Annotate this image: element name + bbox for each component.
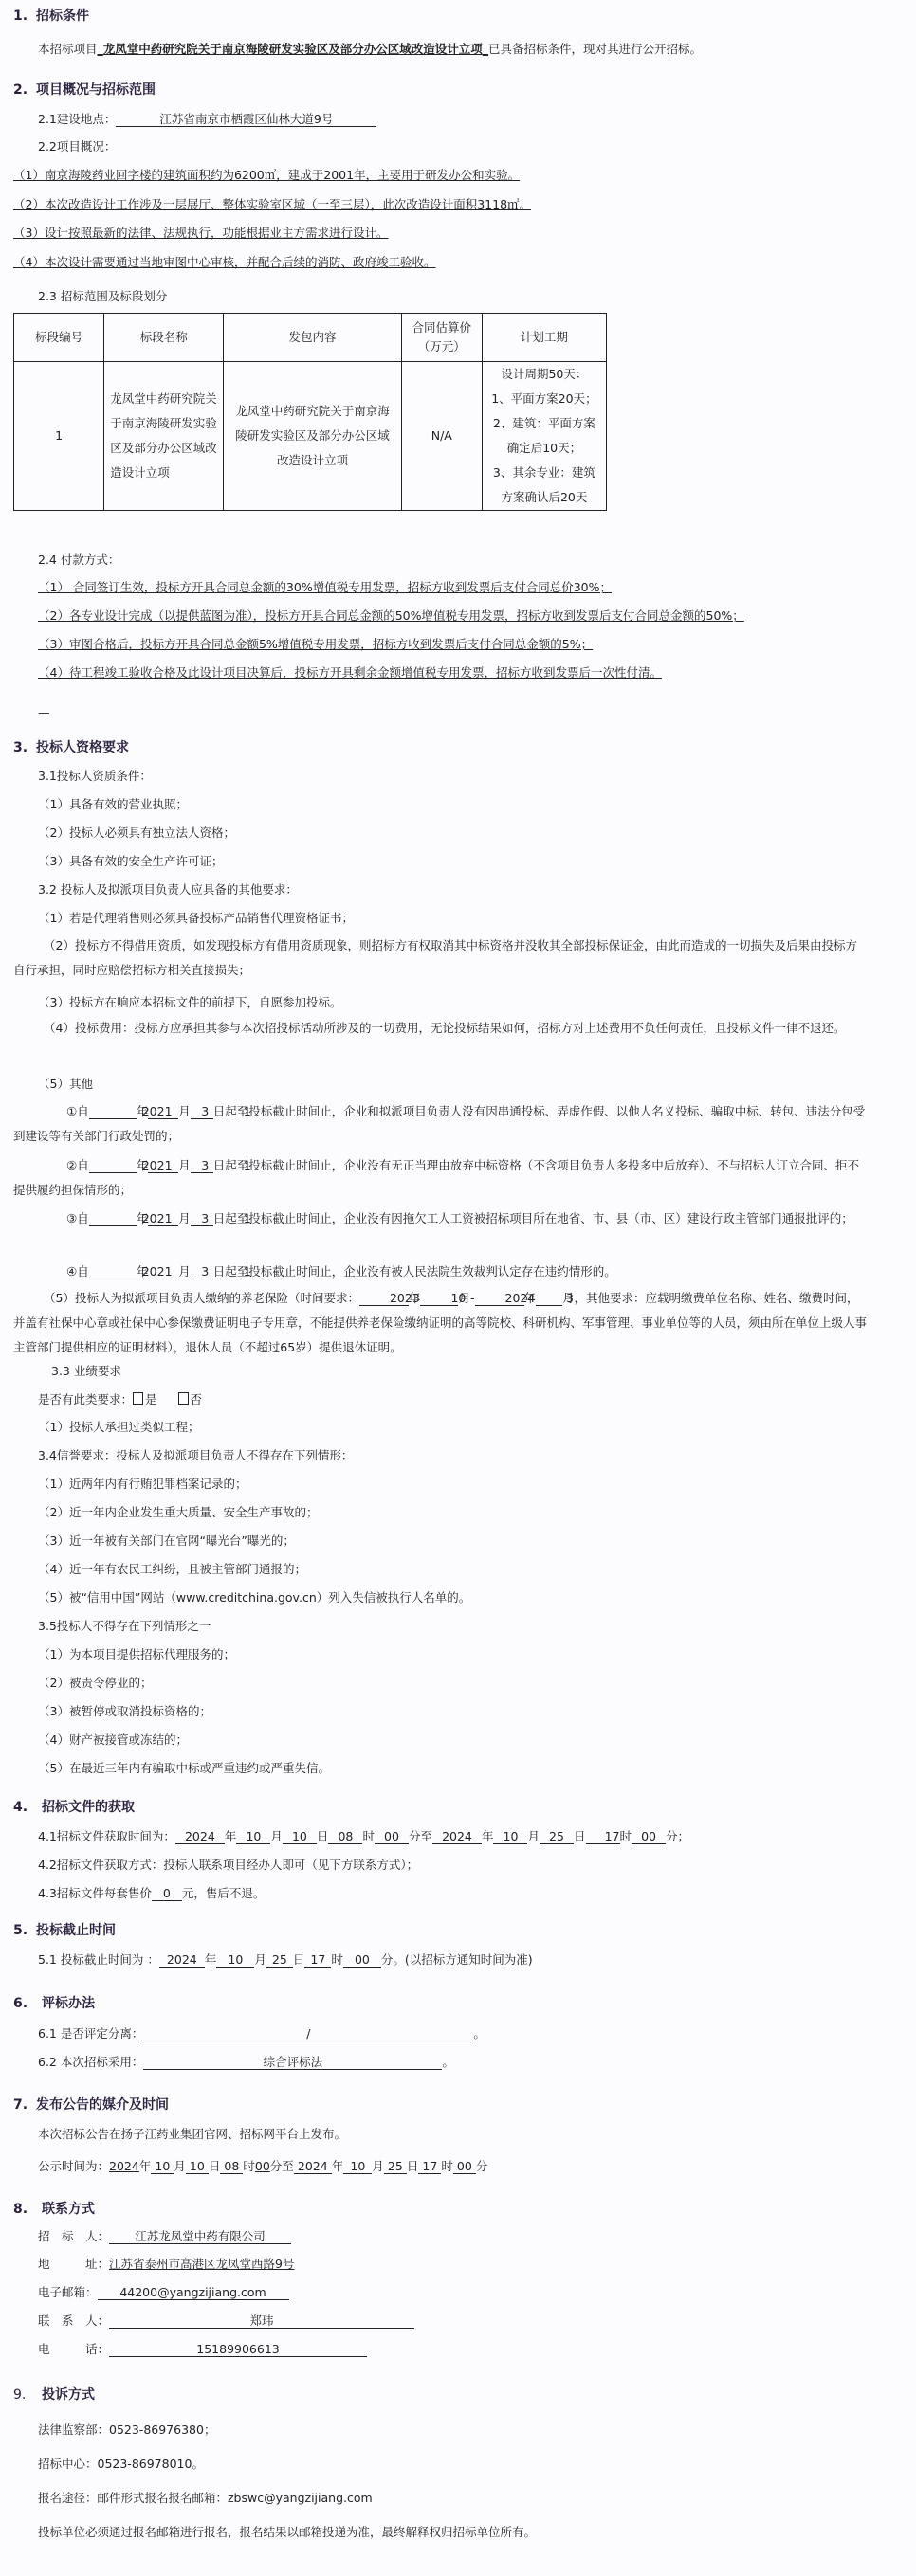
overview-item: （2）本次改造设计工作涉及一层展厅、整体实验室区域（一至三层），此次改造设计面积… — [13, 197, 531, 212]
address-value: 江苏省泰州市高港区龙凤堂西路9号 — [109, 2257, 294, 2271]
evaluation-separation: 6.1 是否评定分离：/。 — [38, 2026, 485, 2041]
schedule-line: 3、其余专业：建筑方案确认后20天 — [488, 461, 600, 510]
pension-prefix: （5）投标人为拟派项目负责人缴纳的养老保险（时间要求： — [44, 1291, 359, 1305]
unit: 时 — [620, 1829, 632, 1843]
cell-schedule: 设计周期50天： 1、平面方案20天； 2、建筑：平面方案确定后10天； 3、其… — [482, 362, 606, 511]
header-price-line1: 合同估算价 — [412, 320, 472, 335]
p-from-hour: 08 — [220, 2160, 243, 2174]
date-year: 2021 — [89, 1105, 137, 1119]
unit: 年 — [482, 1829, 494, 1843]
section-title: 项目概况与招标范围 — [36, 82, 156, 98]
tenderer-value: 江苏龙凤堂中药有限公司 — [109, 2230, 291, 2244]
credit-item: （5）被“信用中国”网站（www.creditchina.gov.cn）列入失信… — [38, 1590, 470, 1605]
section-number: 7. — [13, 2097, 36, 2113]
date-month: 3 — [148, 1265, 178, 1279]
overview-label: 2.2项目概况： — [38, 139, 116, 154]
unit: 月 — [270, 1829, 283, 1843]
section-8-heading: 8.联系方式 — [13, 2199, 95, 2218]
from-day: 10 — [283, 1830, 317, 1844]
separation-label: 6.1 是否评定分离： — [38, 2026, 143, 2041]
contact-label: 联 系 人： — [38, 2313, 109, 2328]
circ-mark: ④自 — [66, 1264, 89, 1279]
publication-media: 本次招标公告在扬子江药业集团官网、招标网平台上发布。 — [38, 2127, 346, 2142]
p-to-day: 25 — [384, 2160, 407, 2174]
schedule-line: 设计周期50天： — [488, 362, 600, 387]
perf-no-label: 否 — [191, 1392, 203, 1406]
date-year: 2021 — [89, 1159, 137, 1173]
unit: 日 — [317, 1829, 329, 1843]
unit: 日 — [574, 1829, 586, 1843]
price-suffix: 元，售后不退。 — [182, 1886, 266, 1900]
p-to-hour: 17 — [418, 2160, 441, 2174]
header-schedule: 计划工期 — [482, 314, 606, 362]
phone-value: 15189906613 — [109, 2343, 367, 2357]
unit: 时 — [441, 2159, 453, 2173]
tender-center-phone: 招标中心：0523-86978010。 — [38, 2457, 204, 2472]
section-7-heading: 7.发布公告的媒介及时间 — [13, 2095, 169, 2113]
credit-label: 3.4信誉要求：投标人及拟派项目负责人不得存在下列情形： — [38, 1448, 353, 1463]
year-word: 年 — [137, 1211, 149, 1225]
year-word: 年 — [409, 1291, 421, 1305]
p-from-year: 2024 — [109, 2159, 139, 2173]
section-number: 1. — [13, 9, 36, 24]
unit: 月 — [527, 1829, 540, 1843]
email-value: 44200@yangzijiang.com — [98, 2286, 289, 2300]
period: 。 — [473, 2026, 485, 2041]
pension-year-from: 2023 — [359, 1292, 409, 1306]
doc-acquisition-time: 4.1招标文件获取时间为：2024年10月10日08时00分至2024年10月2… — [38, 1829, 689, 1844]
p-from-min: 00 — [255, 2159, 270, 2173]
address-line: 地 址：江苏省泰州市高港区龙凤堂西路9号 — [38, 2257, 294, 2272]
date-month: 3 — [148, 1159, 178, 1173]
section-number: 8. — [13, 2202, 42, 2217]
schedule-line: 1、平面方案20天； — [488, 387, 600, 411]
section-9-heading: 9.投诉方式 — [13, 2385, 95, 2404]
section-title: 招标文件的获取 — [42, 1800, 135, 1815]
checkbox-no[interactable] — [178, 1392, 189, 1405]
year-word: 年 — [137, 1104, 149, 1118]
exclusion-label: 3.5投标人不得存在下列情形之一 — [38, 1619, 211, 1634]
unit: 月 — [174, 2159, 186, 2173]
unit: 分至 — [270, 2159, 294, 2173]
section-title: 投标人资格要求 — [36, 740, 129, 755]
other-requirement: （2）投标方不得借用资质，如发现投标方有借用资质现象，则招标方有权取消其中标资格… — [13, 934, 867, 983]
deadline-month: 10 — [216, 1953, 254, 1968]
other-requirement: （3）投标方在响应本招标文件的前提下，自愿参加投标。 — [38, 995, 341, 1010]
payment-item: （2）各专业设计完成（以提供蓝图为准），投标方开具合同总金额的50%增值税专用发… — [38, 608, 744, 624]
project-name: _龙凤堂中药研究院关于南京海陵研发实验区及部分办公区域改造设计立项_ — [98, 42, 489, 56]
qualification-item: （3）具备有效的安全生产许可证； — [38, 854, 223, 869]
performance-item: （1）投标人承担过类似工程； — [38, 1420, 199, 1435]
perf-yes-label: 是 — [145, 1392, 157, 1406]
price-prefix: 4.3招标文件每套售价 — [38, 1886, 152, 1900]
time-label: 4.1招标文件获取时间为： — [38, 1829, 175, 1843]
date-day: 1 — [191, 1159, 213, 1173]
unit: 年 — [205, 1952, 217, 1967]
from-year: 2024 — [175, 1830, 225, 1844]
unit: 年 — [332, 2159, 344, 2173]
unit: 分； — [666, 1829, 689, 1843]
deadline-suffix: 分。(以招标方通知时间为准) — [381, 1952, 533, 1967]
exclusion-item: （5）在最近三年内有骗取中标或严重违约或严重失信。 — [38, 1761, 330, 1776]
section-5-heading: 5.投标截止时间 — [13, 1920, 116, 1939]
month-word: 月 — [178, 1158, 191, 1172]
month-word: 月 — [562, 1291, 575, 1305]
circumstance-1: ①自2021年3月1日起至投标截止时间止，企业和拟派项目负责人没有因串通投标、弄… — [13, 1099, 867, 1149]
other-requirement: （1）若是代理销售则必须具备投标产品销售代理资格证书； — [38, 911, 354, 926]
deadline-hour: 17 — [304, 1953, 331, 1968]
overview-item: （3）设计按照最新的法律、法规执行，功能根据业主方需求进行设计。 — [13, 226, 388, 241]
circ-text: 日起至投标截止时间止，企业没有因拖欠工人工资被招标项目所在地省、市、县（市、区）… — [213, 1211, 853, 1225]
exclusion-item: （4）财产被接管或冻结的； — [38, 1732, 188, 1748]
unit: 时 — [331, 1952, 343, 1967]
pension-requirement: （5）投标人为拟派项目负责人缴纳的养老保险（时间要求：2023年10月-2024… — [13, 1286, 867, 1360]
pension-month-to: 3 — [536, 1292, 562, 1306]
cell-lot-name: 龙凤堂中药研究院关于南京海陵研发实验区及部分办公区域改造设计立项 — [104, 362, 224, 511]
site-line: 2.1建设地点：江苏省南京市栖霞区仙林大道9号 — [38, 112, 376, 127]
credit-item: （1）近两年内有行贿犯罪档案记录的； — [38, 1477, 247, 1492]
to-min: 00 — [632, 1830, 666, 1844]
section-title: 招标条件 — [36, 9, 89, 24]
overview-item: （1）南京海陵药业回字楼的建筑面积约为6200㎡，建成于2001年，主要用于研发… — [13, 168, 520, 183]
method-label: 6.2 本次招标采用： — [38, 2055, 143, 2069]
header-content: 发包内容 — [224, 314, 402, 362]
contact-value: 郑玮 — [109, 2314, 414, 2329]
performance-question: 是否有此类要求：是否 — [38, 1392, 202, 1407]
date-day: 1 — [191, 1265, 213, 1279]
p-to-year: 2024 — [294, 2160, 332, 2174]
tenderer-line: 招 标 人：江苏龙凤堂中药有限公司 — [38, 2229, 291, 2244]
overview-item: （4）本次设计需要通过当地审图中心审核，并配合后续的消防、政府竣工验收。 — [13, 255, 435, 270]
exclusion-item: （3）被暂停或取消投标资格的； — [38, 1704, 211, 1719]
checkbox-yes[interactable] — [133, 1392, 143, 1405]
unit: 日 — [293, 1952, 305, 1967]
month-word: 月 — [178, 1264, 191, 1279]
section-title: 投标截止时间 — [36, 1923, 116, 1938]
section-number: 3. — [13, 740, 36, 755]
circ-mark: ①自 — [66, 1104, 89, 1118]
qualification-item: （1）具备有效的营业执照； — [38, 797, 188, 812]
credit-item: （4）近一年有农民工纠纷，且被主管部门通报的； — [38, 1562, 306, 1577]
unit: 日 — [209, 2159, 221, 2173]
date-day: 1 — [191, 1105, 213, 1119]
to-hour: 17 — [586, 1830, 620, 1844]
other-requirement: （5）其他 — [38, 1077, 93, 1092]
payment-item: （3）审图合格后，投标方开具合同总金额5%增值税专用发票，招标方收到发票后支付合… — [38, 637, 593, 652]
signup-method: 报名途径：邮件形式报名报名邮箱：zbswc@yangzijiang.com — [38, 2491, 373, 2506]
section-number: 4. — [13, 1800, 42, 1815]
unit: 月 — [372, 2159, 384, 2173]
from-min: 00 — [375, 1830, 409, 1844]
date-month: 3 — [148, 1212, 178, 1226]
unit: 年 — [225, 1829, 237, 1843]
header-price: 合同估算价（万元） — [401, 314, 482, 362]
payment-item: （4）待工程竣工验收合格及此设计项目决算后，投标方开具剩余金额增值税专用发票，招… — [38, 665, 662, 680]
legal-dept-phone: 法律监察部：0523-86976380； — [38, 2422, 215, 2438]
deadline-label: 5.1 投标截止时间为 ： — [38, 1952, 159, 1967]
unit: 年 — [139, 2159, 152, 2173]
pension-month-from: 10 — [420, 1292, 458, 1306]
month-word: 月 — [458, 1291, 470, 1305]
performance-label: 3.3 业绩要求 — [51, 1364, 121, 1379]
date-day: 1 — [191, 1212, 213, 1226]
circ-text: 日起至投标截止时间止，企业没有被人民法院生效裁判认定存在违约情形的。 — [213, 1264, 616, 1279]
unit: 日 — [407, 2159, 419, 2173]
circ-mark: ②自 — [66, 1158, 89, 1172]
perf-question-text: 是否有此类要求： — [38, 1392, 133, 1406]
period-label: 公示时间为： — [38, 2159, 109, 2173]
section-title: 联系方式 — [42, 2202, 95, 2217]
year-word: 年 — [137, 1158, 149, 1172]
circumstance-3: ③自2021年3月1日起至投标截止时间止，企业没有因拖欠工人工资被招标项目所在地… — [13, 1206, 867, 1231]
unit: 月 — [254, 1952, 266, 1967]
section-title: 发布公告的媒介及时间 — [36, 2097, 169, 2113]
header-lot-name: 标段名称 — [104, 314, 224, 362]
section-1-heading: 1.招标条件 — [13, 6, 89, 25]
phone-line: 电 话：15189906613 — [38, 2342, 367, 2357]
signup-note: 投标单位必须通过报名邮箱进行报名，报名结果以邮箱投递为准，最终解释权归招标单位所… — [38, 2525, 536, 2540]
publication-period: 公示时间为：2024年10月10日08时00分至2024年10月25日17时00… — [38, 2159, 487, 2174]
to-year: 2024 — [432, 1830, 482, 1844]
p-from-day: 10 — [186, 2160, 209, 2174]
from-month: 10 — [236, 1830, 270, 1844]
section-title: 投诉方式 — [42, 2387, 95, 2403]
deadline-min: 00 — [343, 1953, 381, 1968]
doc-acquisition-method: 4.2招标文件获取方式：投标人联系项目经办人即可（见下方联系方式）； — [38, 1858, 418, 1873]
cell-content: 龙凤堂中药研究院关于南京海陵研发实验区及部分办公区域改造设计立项 — [224, 362, 402, 511]
cell-lot-no: 1 — [14, 362, 104, 511]
unit: 分至 — [409, 1829, 432, 1843]
section-number: 2. — [13, 82, 36, 98]
section-2-heading: 2.项目概况与招标范围 — [13, 80, 156, 99]
price-value: 0 — [152, 1887, 182, 1901]
table-row: 1 龙凤堂中药研究院关于南京海陵研发实验区及部分办公区域改造设计立项 龙凤堂中药… — [14, 362, 607, 511]
project-intro: 本招标项目_龙凤堂中药研究院关于南京海陵研发实验区及部分办公区域改造设计立项_已… — [38, 42, 702, 57]
schedule-line: 2、建筑：平面方案确定后10天； — [488, 411, 600, 461]
month-word: 月 — [178, 1104, 191, 1118]
intro-prefix: 本招标项目 — [38, 42, 98, 56]
separation-value: / — [143, 2027, 473, 2041]
period: 。 — [442, 2055, 454, 2069]
section-number: 5. — [13, 1923, 36, 1938]
deadline-day: 25 — [266, 1953, 293, 1968]
bid-deadline: 5.1 投标截止时间为 ：2024年10月25日17时00分。(以招标方通知时间… — [38, 1952, 533, 1968]
unit: 时 — [362, 1829, 375, 1843]
credit-item: （2）近一年内企业发生重大质量、安全生产事故的； — [38, 1505, 318, 1520]
date-year: 2021 — [89, 1265, 137, 1279]
deadline-year: 2024 — [159, 1953, 205, 1968]
cell-price: N/A — [401, 362, 482, 511]
unit: 时 — [243, 2159, 255, 2173]
site-label: 2.1建设地点： — [38, 112, 116, 126]
header-lot-no: 标段编号 — [14, 314, 104, 362]
section-number: 6. — [13, 1996, 42, 2011]
tenderer-label: 招 标 人： — [38, 2229, 109, 2243]
month-word: 月 — [178, 1211, 191, 1225]
section-3-heading: 3.投标人资格要求 — [13, 737, 129, 756]
lot-table: 标段编号 标段名称 发包内容 合同估算价（万元） 计划工期 1 龙凤堂中药研究院… — [13, 313, 607, 511]
qualification-label: 3.1投标人资质条件： — [38, 769, 152, 784]
table-header-row: 标段编号 标段名称 发包内容 合同估算价（万元） 计划工期 — [14, 314, 607, 362]
section-number: 9. — [13, 2387, 42, 2403]
scope-label: 2.3 招标范围及标段划分 — [38, 289, 167, 304]
p-from-month: 10 — [151, 2160, 174, 2174]
year-word: 年 — [137, 1264, 149, 1279]
circumstance-2: ②自2021年3月1日起至投标截止时间止，企业没有无正当理由放弃中标资格（不含项… — [13, 1153, 867, 1203]
intro-suffix: 已具备招标条件，现对其进行公开招标。 — [488, 42, 702, 56]
header-price-line2: （万元） — [418, 339, 466, 354]
address-label: 地 址： — [38, 2257, 109, 2271]
other-requirement: （4）投标费用：投标方应承担其参与本次招投标活动所涉及的一切费用，无论投标结果如… — [13, 1016, 867, 1041]
p-to-month: 10 — [343, 2160, 372, 2174]
contact-line: 联 系 人：郑玮 — [38, 2313, 414, 2329]
phone-label: 电 话： — [38, 2342, 109, 2356]
exclusion-item: （2）被责令停业的； — [38, 1676, 152, 1691]
evaluation-method: 6.2 本次招标采用：综合评标法。 — [38, 2055, 454, 2070]
section-title: 评标办法 — [42, 1996, 95, 2011]
email-line: 电子邮箱：44200@yangzijiang.com — [38, 2285, 289, 2300]
dash-separator: — — [38, 705, 50, 720]
date-year: 2021 — [89, 1212, 137, 1226]
method-value: 综合评标法 — [143, 2056, 442, 2070]
payment-item: （1） 合同签订生效，投标方开具合同总金额的30%增值税专用发票，招标方收到发票… — [38, 580, 612, 595]
year-word: 年 — [524, 1291, 537, 1305]
to-day: 25 — [540, 1830, 574, 1844]
p-to-min: 00 — [453, 2160, 476, 2174]
credit-item: （3）近一年被有关部门在官网“曝光台”曝光的； — [38, 1533, 295, 1549]
exclusion-item: （1）为本项目提供招标代理服务的； — [38, 1647, 235, 1662]
pension-year-to: 2024 — [475, 1292, 524, 1306]
section-4-heading: 4.招标文件的获取 — [13, 1797, 135, 1816]
from-hour: 08 — [328, 1830, 362, 1844]
email-label: 电子邮箱： — [38, 2285, 98, 2299]
other-requirements-label: 3.2 投标人及拟派项目负责人应具备的其他要求： — [38, 882, 298, 898]
site-value: 江苏省南京市栖霞区仙林大道9号 — [116, 113, 376, 127]
project-name-text: 龙凤堂中药研究院关于南京海陵研发实验区及部分办公区域改造设计立项 — [103, 42, 483, 56]
to-month: 10 — [493, 1830, 527, 1844]
circ-mark: ③自 — [66, 1211, 89, 1225]
qualification-item: （2）投标人必须具有独立法人资格； — [38, 825, 235, 841]
unit: 分 — [476, 2159, 488, 2173]
date-month: 3 — [148, 1105, 178, 1119]
circumstance-4: ④自2021年3月1日起至投标截止时间止，企业没有被人民法院生效裁判认定存在违约… — [13, 1260, 867, 1284]
section-6-heading: 6.评标办法 — [13, 1993, 95, 2012]
doc-price: 4.3招标文件每套售价0元，售后不退。 — [38, 1886, 265, 1901]
payment-label: 2.4 付款方式： — [38, 553, 119, 568]
